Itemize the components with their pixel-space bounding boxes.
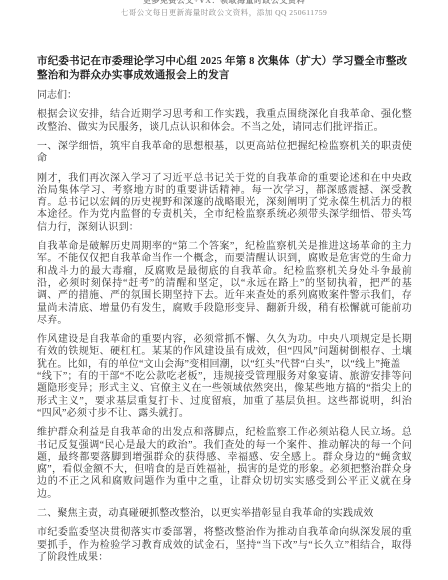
section-heading-2: 二、聚焦主责，动真碰硬抓整改整治，以更实举措彰显自我革命的实践成效 [37, 508, 412, 520]
document-body: 市纪委书记在市委理论学习中心组 2025 年第 8 次集体（扩大）学习暨全市整改… [0, 17, 448, 564]
document-page: 更多免费公文+VX：领取海量时政公文资料 七哥公文每日更新海量时政公文资料，添加… [0, 0, 448, 580]
paragraph-study-spirit: 刚才，我们再次深入学习了习近平总书记关于党的自我革命的重要论述和在中央政治局集体… [37, 173, 412, 234]
paragraph-intro: 根据会议安排，结合近期学习思考和工作实践，我重点围绕深化自我革命、强化整改整治、… [37, 109, 412, 134]
document-title: 市纪委书记在市委理论学习中心组 2025 年第 8 次集体（扩大）学习暨全市整改… [37, 55, 412, 82]
watermark-line1: 更多免费公文+VX：领取海量时政公文资料 [0, 0, 448, 6]
watermark-header: 更多免费公文+VX：领取海量时政公文资料 七哥公文每日更新海量时政公文资料，添加… [0, 0, 448, 17]
section-heading-1: 一、深学细悟，筑牢自我革命的思想根基，以更高站位把握纪检监察机关的职责使命 [37, 141, 412, 166]
paragraph-work-style: 作风建设是自我革命的重要内容，必须常抓不懈、久久为功。中央八项规定是长期有效的铁… [37, 334, 412, 420]
paragraph-self-revolution: 自我革命是破解历史周期率的“第二个答案”，纪检监察机关是推进这场革命的主力军。不… [37, 241, 412, 327]
paragraph-rectification: 市纪委监委坚决贯彻落实市委部署，将整改整治作为推动自我革命向纵深发展的重要抓手，… [37, 527, 412, 564]
salutation: 同志们： [37, 90, 412, 102]
watermark-line2: 七哥公文每日更新海量时政公文资料，添加 QQ 250611759 [0, 8, 448, 17]
paragraph-mass-interests: 维护群众利益是自我革命的出发点和落脚点，纪检监察工作必须站稳人民立场。总书记反复… [37, 427, 412, 501]
